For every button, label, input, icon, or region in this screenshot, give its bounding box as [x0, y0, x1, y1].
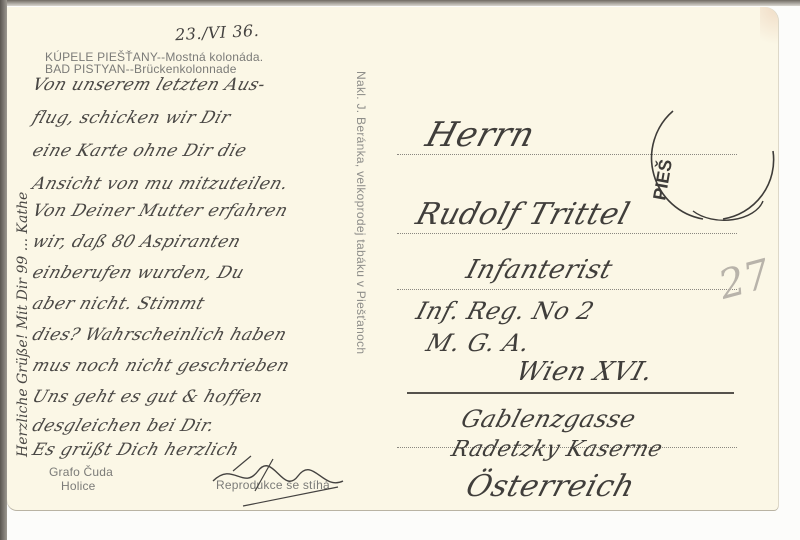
- message-line: einberufen wurden, Du: [30, 263, 247, 283]
- message-line: dies? Wahrscheinlich haben: [30, 325, 290, 345]
- address-solid-line: [407, 392, 734, 394]
- message-line: aber nicht. Stimmt: [30, 294, 208, 314]
- address-rank: Infanterist: [463, 255, 616, 285]
- message-line: Von Deiner Mutter erfahren: [30, 201, 291, 221]
- scan-top-edge: [0, 0, 800, 6]
- address-barracks: Radetzky Kaserne: [448, 437, 665, 462]
- address-unit: M. G. A.: [423, 329, 533, 357]
- address-salutation: Herrn: [421, 115, 539, 155]
- address-regiment: Inf. Reg. No 2: [413, 297, 597, 325]
- postmark-icon: PIEŠ: [643, 101, 778, 231]
- printer-town: Holice: [61, 480, 96, 492]
- pencil-mark: 27: [714, 251, 775, 309]
- message-line: Ansicht von mu mitzuteilen.: [30, 174, 291, 194]
- message-line: eine Karte ohne Dir die: [30, 141, 250, 161]
- address-dotted-line: [397, 289, 737, 290]
- caption-german: BAD PISTYAN--Brückenkolonnade: [45, 63, 237, 75]
- address-street: Gablenzgasse: [458, 405, 639, 433]
- message-line: flug, schicken wir Dir: [30, 108, 233, 128]
- message-line: Von unserem letzten Aus-: [30, 75, 268, 95]
- margin-note: Herzliche Grüße! Mit Dir 99 ... Kathe: [15, 192, 31, 457]
- publisher-vertical-text: Nakl. J. Beránka, velkoprodej tabáku v P…: [355, 71, 367, 354]
- message-line: Uns geht es gut & hoffen: [30, 387, 266, 407]
- handwritten-date: 23./VI 36.: [175, 21, 260, 44]
- message-line: mus noch nicht geschrieben: [30, 356, 292, 376]
- address-name: Rudolf Trittel: [412, 197, 634, 232]
- postcard: 23./VI 36. KÚPELE PIEŠŤANY--Mostná kolon…: [7, 7, 778, 510]
- signature-scribble: [203, 451, 353, 510]
- message-line: desgleichen bei Dir.: [30, 416, 217, 436]
- printer-name: Grafo Čuda: [49, 466, 113, 478]
- address-dotted-line: [397, 233, 737, 234]
- address-city: Wien XVI.: [513, 357, 657, 387]
- address-country: Österreich: [462, 469, 639, 504]
- scan-left-edge: [0, 0, 7, 540]
- message-line: wir, daß 80 Aspiranten: [30, 232, 244, 252]
